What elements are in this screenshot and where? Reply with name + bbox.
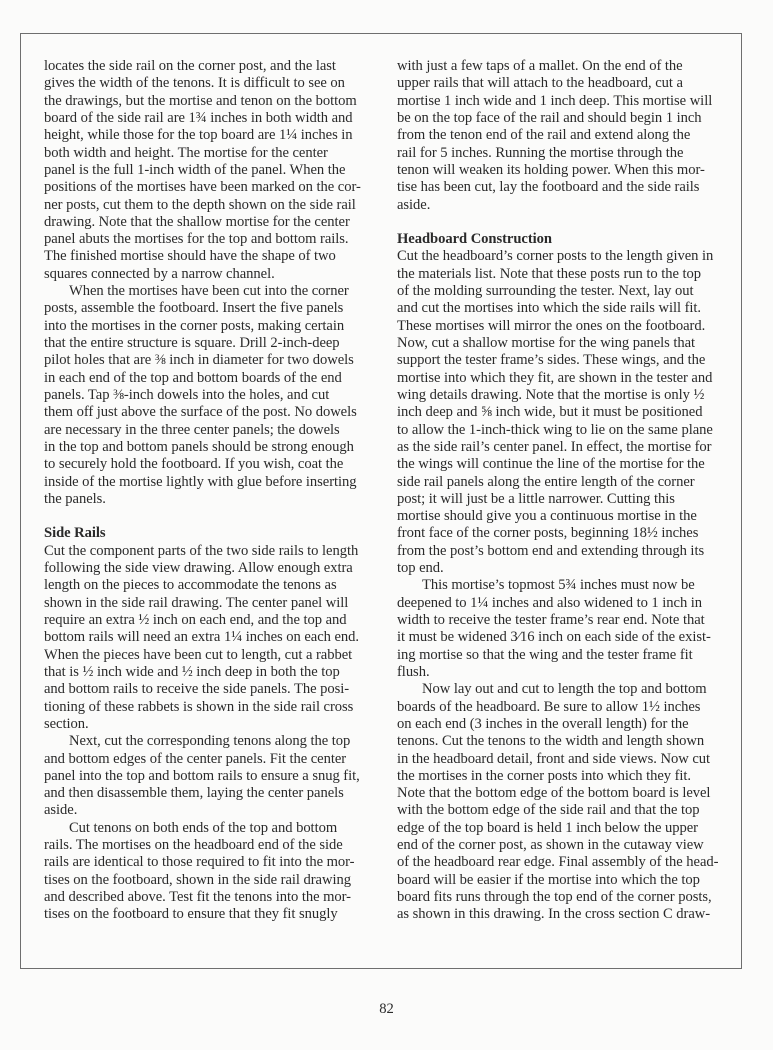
text-line: into the mortises in the corner posts, m…: [44, 318, 384, 335]
text-line: mortise into which they fit, are shown i…: [397, 370, 735, 387]
text-line: tenon will weaken its holding power. Whe…: [397, 162, 735, 179]
text-line: section.: [44, 716, 384, 733]
text-line: positions of the mortises have been mark…: [44, 179, 384, 196]
text-line: upper rails that will attach to the head…: [397, 75, 735, 92]
blank-line: [44, 508, 384, 525]
text-line: side rail panels along the entire length…: [397, 474, 735, 491]
text-line: and bottom edges of the center panels. F…: [44, 751, 384, 768]
text-line: with just a few taps of a mallet. On the…: [397, 58, 735, 75]
text-line: end of the corner post, as shown in the …: [397, 837, 735, 854]
paragraph-start-line: When the mortises have been cut into the…: [44, 283, 384, 300]
text-line: with the bottom edge of the side rail an…: [397, 802, 735, 819]
text-line: and cut the mortises into which the side…: [397, 300, 735, 317]
paragraph-start-line: Next, cut the corresponding tenons along…: [44, 733, 384, 750]
text-line: locates the side rail on the corner post…: [44, 58, 384, 75]
text-line: be on the top face of the rail and shoul…: [397, 110, 735, 127]
text-line: and described above. Test fit the tenons…: [44, 889, 384, 906]
text-line: support the tester frame’s sides. These …: [397, 352, 735, 369]
text-line: panels. Tap ⅜-inch dowels into the holes…: [44, 387, 384, 404]
text-line: of the molding surrounding the tester. N…: [397, 283, 735, 300]
left-text-column: locates the side rail on the corner post…: [44, 58, 384, 924]
text-line: to allow the 1-inch-thick wing to lie on…: [397, 422, 735, 439]
paragraph-start-line: Cut tenons on both ends of the top and b…: [44, 820, 384, 837]
text-line: rails. The mortises on the headboard end…: [44, 837, 384, 854]
text-line: them off just above the surface of the p…: [44, 404, 384, 421]
text-line: pilot holes that are ⅜ inch in diameter …: [44, 352, 384, 369]
text-line: panel is the full 1-inch width of the pa…: [44, 162, 384, 179]
text-line: wing details drawing. Note that the mort…: [397, 387, 735, 404]
text-line: in the headboard detail, front and side …: [397, 751, 735, 768]
text-line: mortise should give you a continuous mor…: [397, 508, 735, 525]
text-line: in each end of the top and bottom boards…: [44, 370, 384, 387]
text-line: following the side view drawing. Allow e…: [44, 560, 384, 577]
text-line: Cut the headboard’s corner posts to the …: [397, 248, 735, 265]
text-line: edge of the top board is held 1 inch bel…: [397, 820, 735, 837]
section-heading-side-rails: Side Rails: [44, 525, 384, 542]
text-line: post; it will just be a little narrower.…: [397, 491, 735, 508]
text-line: from the tenon end of the rail and exten…: [397, 127, 735, 144]
text-line: and bottom rails to receive the side pan…: [44, 681, 384, 698]
text-line: shown in the side rail drawing. The cent…: [44, 595, 384, 612]
text-line: board fits runs through the top end of t…: [397, 889, 735, 906]
text-line: to securely hold the footboard. If you w…: [44, 456, 384, 473]
text-line: panel into the top and bottom rails to e…: [44, 768, 384, 785]
paragraph-start-line: This mortise’s topmost 5¾ inches must no…: [397, 577, 735, 594]
text-line: from the post’s bottom end and extending…: [397, 543, 735, 560]
section-heading-headboard-construction: Headboard Construction: [397, 231, 735, 248]
text-line: rail for 5 inches. Running the mortise t…: [397, 145, 735, 162]
text-line: tenons. Cut the tenons to the width and …: [397, 733, 735, 750]
text-line: deepened to 1¼ inches and also widened t…: [397, 595, 735, 612]
text-line: ing mortise so that the wing and the tes…: [397, 647, 735, 664]
page-number: 82: [0, 1001, 773, 1018]
text-line: are necessary in the three center panels…: [44, 422, 384, 439]
text-line: on each end (3 inches in the overall len…: [397, 716, 735, 733]
text-line: posts, assemble the footboard. Insert th…: [44, 300, 384, 317]
text-line: tises on the footboard, shown in the sid…: [44, 872, 384, 889]
text-line: tise has been cut, lay the footboard and…: [397, 179, 735, 196]
text-line: the drawings, but the mortise and tenon …: [44, 93, 384, 110]
text-line: require an extra ½ inch on each end, and…: [44, 612, 384, 629]
text-line: tises on the footboard to ensure that th…: [44, 906, 384, 923]
text-line: height, while those for the top board ar…: [44, 127, 384, 144]
text-line: as the side rail’s center panel. In effe…: [397, 439, 735, 456]
text-line: of the headboard rear edge. Final assemb…: [397, 854, 735, 871]
text-line: aside.: [44, 802, 384, 819]
text-line: drawing. Note that the shallow mortise f…: [44, 214, 384, 231]
text-line: gives the width of the tenons. It is dif…: [44, 75, 384, 92]
text-line: mortise 1 inch wide and 1 inch deep. Thi…: [397, 93, 735, 110]
text-line: that the entire structure is square. Dri…: [44, 335, 384, 352]
text-line: both width and height. The mortise for t…: [44, 145, 384, 162]
right-text-column: with just a few taps of a mallet. On the…: [397, 58, 735, 924]
text-line: When the pieces have been cut to length,…: [44, 647, 384, 664]
text-line: it must be widened 3⁄16 inch on each sid…: [397, 629, 735, 646]
text-line: board of the side rail are 1¾ inches in …: [44, 110, 384, 127]
blank-line: [397, 214, 735, 231]
text-line: inside of the mortise lightly with glue …: [44, 474, 384, 491]
text-line: panel abuts the mortises for the top and…: [44, 231, 384, 248]
text-line: bottom rails will need an extra 1¼ inche…: [44, 629, 384, 646]
text-line: and then disassemble them, laying the ce…: [44, 785, 384, 802]
text-line: ner posts, cut them to the depth shown o…: [44, 197, 384, 214]
text-line: aside.: [397, 197, 735, 214]
text-line: tioning of these rabbets is shown in the…: [44, 699, 384, 716]
text-line: the mortises in the corner posts into wh…: [397, 768, 735, 785]
text-line: as shown in this drawing. In the cross s…: [397, 906, 735, 923]
text-line: the panels.: [44, 491, 384, 508]
text-line: Note that the bottom edge of the bottom …: [397, 785, 735, 802]
text-line: the materials list. Note that these post…: [397, 266, 735, 283]
text-line: These mortises will mirror the ones on t…: [397, 318, 735, 335]
text-line: length on the pieces to accommodate the …: [44, 577, 384, 594]
text-line: rails are identical to those required to…: [44, 854, 384, 871]
text-line: boards of the headboard. Be sure to allo…: [397, 699, 735, 716]
paragraph-start-line: Now lay out and cut to length the top an…: [397, 681, 735, 698]
text-line: top end.: [397, 560, 735, 577]
text-line: Cut the component parts of the two side …: [44, 543, 384, 560]
text-line: flush.: [397, 664, 735, 681]
text-line: width to receive the tester frame’s rear…: [397, 612, 735, 629]
text-line: front face of the corner posts, beginnin…: [397, 525, 735, 542]
text-line: The finished mortise should have the sha…: [44, 248, 384, 265]
text-line: that is ½ inch wide and ½ inch deep in b…: [44, 664, 384, 681]
text-line: inch deep and ⅝ inch wide, but it must b…: [397, 404, 735, 421]
text-line: in the top and bottom panels should be s…: [44, 439, 384, 456]
text-line: Now, cut a shallow mortise for the wing …: [397, 335, 735, 352]
text-line: the wings will continue the line of the …: [397, 456, 735, 473]
text-line: squares connected by a narrow channel.: [44, 266, 384, 283]
text-line: board will be easier if the mortise into…: [397, 872, 735, 889]
